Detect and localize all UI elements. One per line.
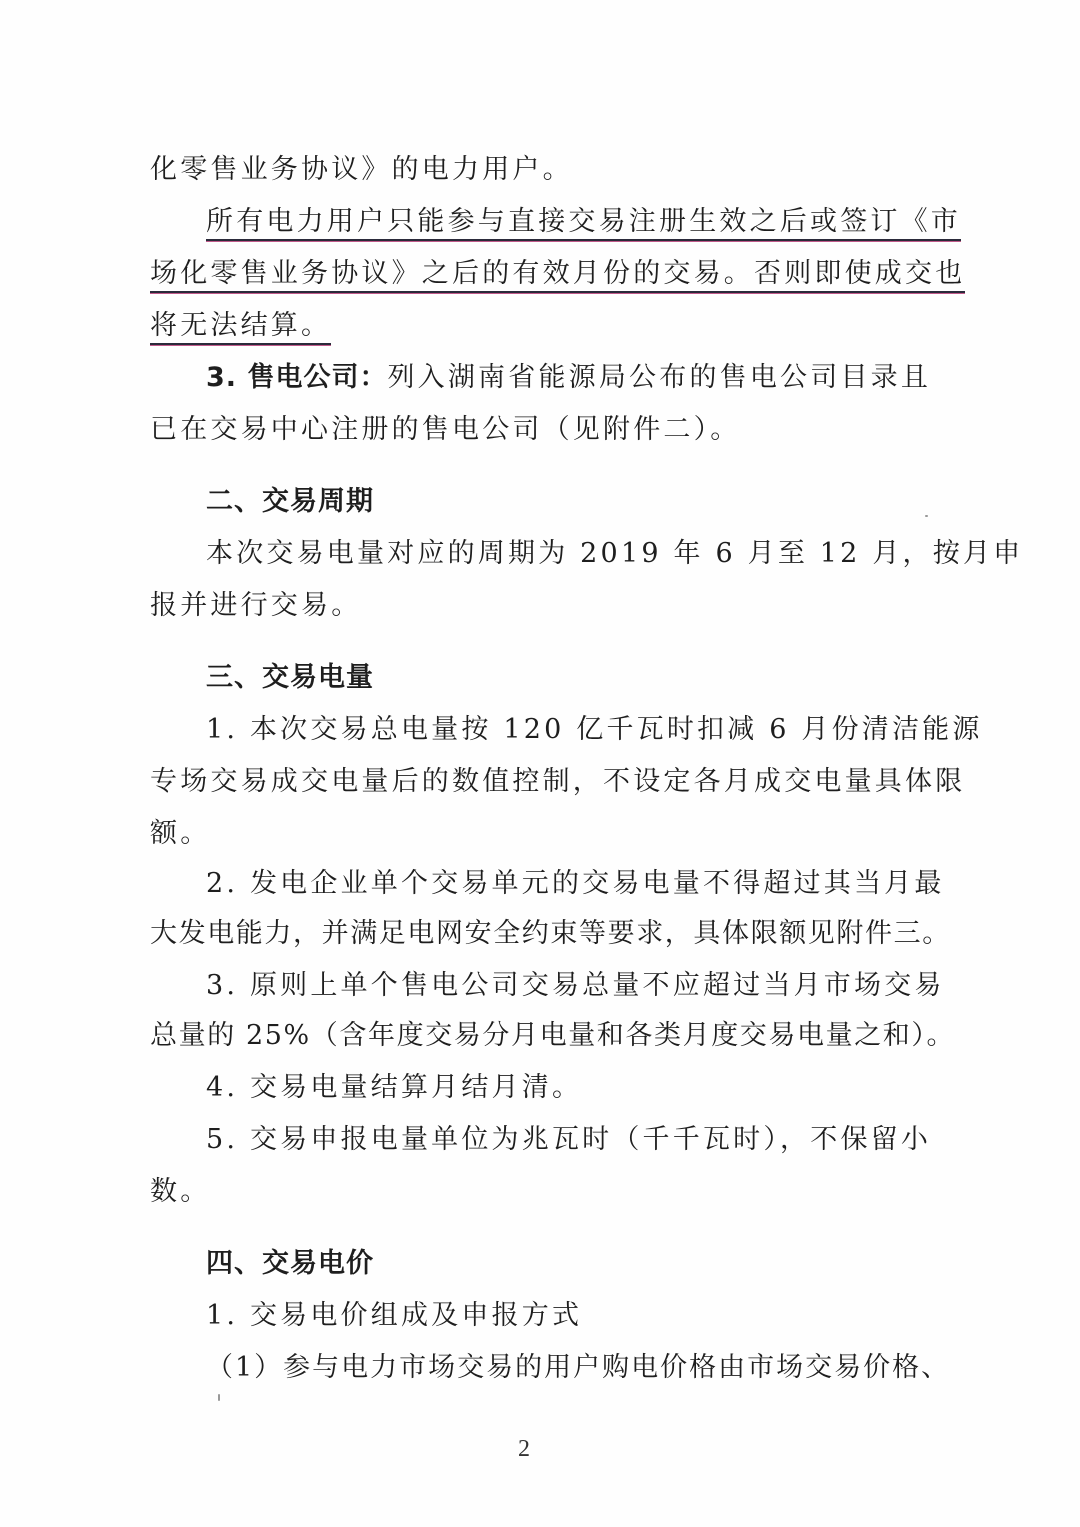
paragraph-line: 报并进行交易。	[150, 588, 920, 624]
sales-company-definition: 3. 售电公司：列入湖南省能源局公布的售电公司目录且	[206, 360, 920, 396]
definition-text: 列入湖南省能源局公布的售电公司目录且	[387, 362, 931, 393]
paragraph-line: （1）参与电力市场交易的用户购电价格由市场交易价格、	[206, 1350, 976, 1386]
list-item-line: 总量的 25%（含年度交易分月电量和各类月度交易电量之和）。	[150, 1018, 920, 1054]
scan-speck	[218, 1394, 220, 1401]
underlined-notice-line: 所有电力用户只能参与直接交易注册生效之后或签订《市	[206, 204, 920, 240]
list-item-line: 数。	[150, 1174, 920, 1210]
list-item-line: 额。	[150, 816, 920, 852]
paragraph-line: 本次交易电量对应的周期为 2019 年 6 月至 12 月，按月申	[206, 536, 920, 572]
paragraph-line: 已在交易中心注册的售电公司（见附件二）。	[150, 412, 920, 448]
list-item-line: 4. 交易电量结算月结月清。	[206, 1070, 920, 1106]
underlined-text: 所有电力用户只能参与直接交易注册生效之后或签订《市	[206, 206, 961, 241]
underlined-text: 将无法结算。	[150, 310, 331, 345]
list-item-line: 1. 本次交易总电量按 120 亿千瓦时扣减 6 月份清洁能源	[206, 712, 920, 748]
document-page: 化零售业务协议》的电力用户。 所有电力用户只能参与直接交易注册生效之后或签订《市…	[0, 0, 1080, 1527]
list-item-line: 3. 原则上单个售电公司交易总量不应超过当月市场交易	[206, 968, 920, 1004]
list-item-line: 大发电能力，并满足电网安全约束等要求，具体限额见附件三。	[150, 916, 920, 952]
underlined-notice-line: 将无法结算。	[150, 308, 920, 344]
section-heading-price: 四、交易电价	[206, 1246, 920, 1282]
subsection-title: 1. 交易电价组成及申报方式	[206, 1298, 920, 1334]
paragraph-line: 化零售业务协议》的电力用户。	[150, 152, 920, 188]
list-item-line: 专场交易成交电量后的数值控制，不设定各月成交电量具体限	[150, 764, 920, 800]
definition-label: 3. 售电公司：	[206, 362, 387, 393]
underlined-text: 场化零售业务协议》之后的有效月份的交易。否则即使成交也	[150, 258, 965, 293]
underlined-notice-line: 场化零售业务协议》之后的有效月份的交易。否则即使成交也	[150, 256, 920, 292]
page-number: 2	[518, 1436, 530, 1463]
list-item-line: 2. 发电企业单个交易单元的交易电量不得超过其当月最	[206, 866, 920, 902]
scan-speck	[925, 515, 928, 517]
section-heading-period: 二、交易周期	[206, 484, 920, 520]
section-heading-volume: 三、交易电量	[206, 660, 920, 696]
list-item-line: 5. 交易申报电量单位为兆瓦时（千千瓦时），不保留小	[206, 1122, 920, 1158]
